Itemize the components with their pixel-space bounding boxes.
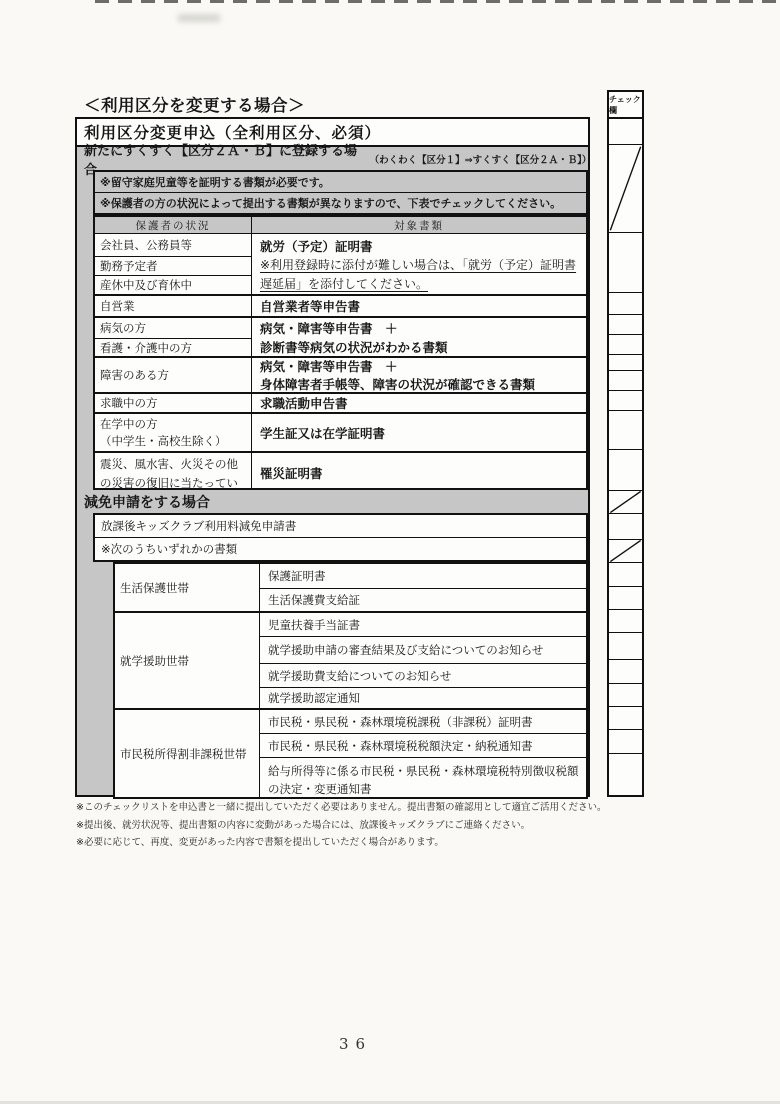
- document-cell: 給与所得等に係る市民税・県民税・森林環境税特別徴収税額の決定・変更通知書: [260, 757, 586, 798]
- footer-note-line: ※提出後、就労状況等、提出書類の内容に変動があった場合には、放課後キッズクラブに…: [76, 817, 607, 835]
- check-cell: [609, 119, 642, 144]
- check-cell-slashed: [609, 144, 642, 232]
- note-line: ※保護者の方の状況によって提出する書類が異なりますので、下表でチェックしてくださ…: [95, 193, 586, 213]
- status-cell: 会社員、公務員等: [95, 234, 251, 256]
- slash-mark-icon: [609, 491, 642, 513]
- document-cell: 就学援助認定通知: [260, 687, 586, 708]
- footer-notes: ※このチェックリストを申込書と一緒に提出していただく必要はありません。提出書類の…: [76, 799, 607, 852]
- status-cell: 病気の方: [95, 318, 251, 338]
- check-cell: [609, 390, 642, 410]
- status-cell: 求職中の方: [95, 394, 251, 412]
- check-cell: [609, 410, 642, 449]
- slash-mark-icon: [609, 145, 642, 232]
- status-cell: 障害のある方: [95, 358, 251, 392]
- check-cell: [609, 562, 642, 586]
- document-name: 学生証又は在学証明書: [252, 424, 586, 442]
- status-line: 在学中の方: [100, 416, 251, 433]
- slash-mark-icon: [609, 540, 642, 562]
- col-header-status: 保護者の状況: [95, 217, 252, 233]
- check-cell: [609, 334, 642, 354]
- scan-artifact-smudge: [178, 14, 220, 22]
- footer-note-line: ※必要に応じて、再度、変更があった内容で書類を提出していただく場合があります。: [76, 834, 607, 852]
- table-row-welfare-household: 生活保護世帯 保護証明書 生活保護費支給証: [115, 564, 586, 611]
- status-cell: 看護・介護中の方: [95, 338, 251, 356]
- col-header-documents: 対象書類: [252, 217, 586, 233]
- document-name: 求職活動申告書: [252, 394, 586, 412]
- table-header-row: 保護者の状況 対象書類: [95, 217, 586, 234]
- scan-artifact-top-edge: [95, 0, 780, 3]
- exemption-application-row: 放課後キッズクラブ利用料減免申請書: [95, 515, 586, 538]
- section2-header: 減免申請をする場合: [77, 490, 588, 513]
- check-cell: [609, 609, 642, 632]
- page-number: 36: [339, 1035, 372, 1053]
- required-docs-notes: ※留守家庭児童等を証明する書類が必要です。 ※保護者の方の状況によって提出する書…: [93, 170, 588, 215]
- category-cell: 就学援助世帯: [115, 613, 260, 708]
- status-cell: 自営業: [95, 296, 251, 316]
- document-cells: 市民税・県民税・森林環境税課税（非課税）証明書 市民税・県民税・森林環境税税額決…: [260, 710, 586, 798]
- document-name: 罹災証明書: [252, 464, 586, 482]
- document-cell: 市民税・県民税・森林環境税課税（非課税）証明書: [260, 710, 586, 733]
- table-row-job-seeking: 求職中の方 求職活動申告書: [95, 392, 586, 412]
- document-name: 身体障害者手帳等、障害の状況が確認できる書類: [252, 375, 586, 393]
- category-cell: 市民税所得割非課税世帯: [115, 710, 260, 798]
- check-cell: [609, 314, 642, 334]
- check-cell: [609, 232, 642, 292]
- check-cell: [609, 449, 642, 490]
- section1-subheader-bar: 新たにすくすく【区分２Ａ・Ｂ】に登録する場合 （わくわく【区分１】⇒すくすく【区…: [77, 147, 588, 170]
- check-cell: [609, 370, 642, 390]
- scanned-form-page: ＜利用区分を変更する場合＞ チェック欄: [0, 0, 780, 1104]
- check-cell-slashed: [609, 539, 642, 562]
- document-cell: 市民税・県民税・森林環境税税額決定・納税通知書: [260, 733, 586, 757]
- check-column: チェック欄: [607, 90, 644, 797]
- check-cell: [609, 632, 642, 659]
- status-line: （中学生・高校生除く）: [100, 433, 251, 450]
- subheader-note: （わくわく【区分１】⇒すくすく【区分２Ａ・Ｂ】）: [370, 152, 588, 166]
- exemption-category-table: 生活保護世帯 保護証明書 生活保護費支給証 就学援助世帯 児童扶養手当証書 就学…: [113, 562, 588, 799]
- page-title: ＜利用区分を変更する場合＞: [84, 92, 305, 116]
- document-cell: 病気・障害等申告書 ＋ 身体障害者手帳等、障害の状況が確認できる書類: [252, 358, 586, 392]
- document-cell: 保護証明書: [260, 564, 586, 588]
- document-cell: 就学援助申請の審査結果及び支給についてのお知らせ: [260, 636, 586, 663]
- status-cell: 勤務予定者: [95, 256, 251, 275]
- table-row-tax-exempt-household: 市民税所得割非課税世帯 市民税・県民税・森林環境税課税（非課税）証明書 市民税・…: [115, 708, 586, 798]
- table-row-disaster: 震災、風水害、火災その他の災害の復旧に当たっている方 罹災証明書: [95, 451, 586, 492]
- status-cell: 産休中及び育休中: [95, 275, 251, 294]
- document-cell: 病気・障害等申告書 ＋ 診断書等病気の状況がわかる書類: [252, 318, 586, 356]
- status-cell: 在学中の方 （中学生・高校生除く）: [95, 414, 252, 451]
- category-cell: 生活保護世帯: [115, 564, 260, 611]
- status-cell: 震災、風水害、火災その他の災害の復旧に当たっている方: [95, 453, 252, 492]
- check-cell: [609, 706, 642, 729]
- document-cell: 児童扶養手当証書: [260, 613, 586, 636]
- table-row-school-aid-household: 就学援助世帯 児童扶養手当証書 就学援助申請の審査結果及び支給についてのお知らせ…: [115, 611, 586, 708]
- document-cell: 生活保護費支給証: [260, 588, 586, 611]
- table-row-employment-group: 会社員、公務員等 勤務予定者 産休中及び育休中 就労（予定）証明書 ※利用登録時…: [95, 234, 586, 294]
- document-cell: 就学援助費支給についてのお知らせ: [260, 663, 586, 687]
- guardian-status-table: 保護者の状況 対象書類 会社員、公務員等 勤務予定者 産休中及び育休中 就労（予…: [93, 215, 588, 490]
- check-cell-slashed: [609, 490, 642, 513]
- either-of-documents-row: ※次のうちいずれかの書類: [95, 538, 586, 560]
- table-row-student: 在学中の方 （中学生・高校生除く） 学生証又は在学証明書: [95, 412, 586, 451]
- document-name: 診断書等病気の状況がわかる書類: [252, 337, 586, 356]
- check-cell: [609, 659, 642, 683]
- status-cells: 病気の方 看護・介護中の方: [95, 318, 252, 356]
- note-line: ※留守家庭児童等を証明する書類が必要です。: [95, 172, 586, 193]
- check-column-header: チェック欄: [609, 92, 642, 119]
- status-cells: 会社員、公務員等 勤務予定者 産休中及び育休中: [95, 234, 252, 294]
- form-main-box: 利用区分変更申込（全利用区分、必須） 新たにすくすく【区分２Ａ・Ｂ】に登録する場…: [75, 117, 590, 797]
- document-name: 就労（予定）証明書: [252, 235, 586, 256]
- document-name: 病気・障害等申告書 ＋: [252, 318, 586, 337]
- document-name: 自営業者等申告書: [252, 297, 586, 315]
- footer-note-line: ※このチェックリストを申込書と一緒に提出していただく必要はありません。提出書類の…: [76, 799, 607, 817]
- document-cells: 保護証明書 生活保護費支給証: [260, 564, 586, 611]
- table-row-disability: 障害のある方 病気・障害等申告書 ＋ 身体障害者手帳等、障害の状況が確認できる書…: [95, 356, 586, 392]
- table-row-sickness-nursing: 病気の方 看護・介護中の方 病気・障害等申告書 ＋ 診断書等病気の状況がわかる書…: [95, 316, 586, 356]
- document-cell: 就労（予定）証明書 ※利用登録時に添付が難しい場合は、「就労（予定）証明書遅延届…: [252, 234, 586, 294]
- check-cell: [609, 586, 642, 609]
- check-cell: [609, 513, 642, 539]
- exemption-top-rows: 放課後キッズクラブ利用料減免申請書 ※次のうちいずれかの書類: [93, 513, 588, 562]
- check-cell: [609, 683, 642, 706]
- document-name: 病気・障害等申告書 ＋: [252, 357, 586, 375]
- document-cells: 児童扶養手当証書 就学援助申請の審査結果及び支給についてのお知らせ 就学援助費支…: [260, 613, 586, 708]
- check-cell: [609, 729, 642, 753]
- document-note-underlined: ※利用登録時に添付が難しい場合は、「就労（予定）証明書遅延届」を添付してください…: [252, 256, 586, 293]
- table-row-self-employed: 自営業 自営業者等申告書: [95, 294, 586, 316]
- check-cell: [609, 292, 642, 314]
- check-cell: [609, 753, 642, 795]
- check-cell: [609, 354, 642, 370]
